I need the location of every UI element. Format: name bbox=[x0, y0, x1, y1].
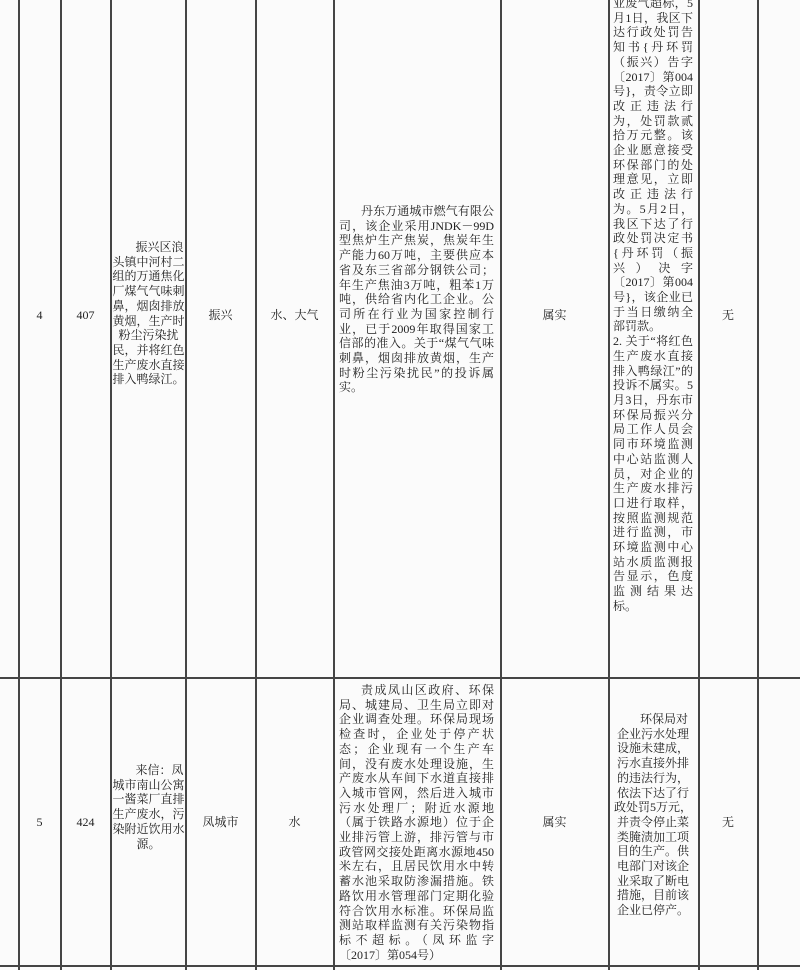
investigation-text: 丹东万通城市燃气有限公司，该企业采用JNDK－99D型焦炉生产焦炭，焦炭年生产能… bbox=[339, 204, 494, 395]
cell-case-no: 407 bbox=[62, 308, 110, 323]
grid-vline-6 bbox=[333, 0, 335, 970]
cell-verified: 属实 bbox=[502, 308, 608, 323]
grid-hline-bottom bbox=[0, 965, 800, 967]
cell-pollution-type: 水、大气 bbox=[257, 308, 333, 323]
cell-accountability: 无 bbox=[700, 815, 757, 830]
cell-pollution-type: 水 bbox=[257, 815, 333, 830]
cell-handling: 环保局对企业污水处理设施未建成，污水直接外排的违法行为，依法下达了行政处罚5万元… bbox=[613, 712, 693, 918]
complaint-text: 来信：凤城市南山公寓一酱菜厂直排生产废水，污染附近饮用水源。 bbox=[112, 763, 185, 851]
cell-accountability: 无 bbox=[700, 308, 757, 323]
handling-paragraph-1: 业废气超标，5月1日，我区下达行政处罚告知书{丹环罚（振兴）告字〔2017〕第0… bbox=[613, 0, 693, 334]
handling-paragraph-2: 2. 关于“将红色生产废水直接排入鸭绿江”的投诉不属实。5月3日，丹东市环保局振… bbox=[613, 334, 693, 613]
cell-complaint: 来信：凤城市南山公寓一酱菜厂直排生产废水，污染附近饮用水源。 bbox=[112, 763, 185, 851]
cell-case-no: 424 bbox=[62, 815, 110, 830]
cell-seq: 4 bbox=[20, 308, 60, 323]
cell-complaint: 振兴区浪头镇中河村二组的万通焦化厂煤气气味刺鼻，烟囱排放黄烟，生产时粉尘污染扰民… bbox=[112, 240, 185, 387]
complaint-text: 振兴区浪头镇中河村二组的万通焦化厂煤气气味刺鼻，烟囱排放黄烟，生产时粉尘污染扰民… bbox=[112, 240, 185, 387]
grid-vline-8 bbox=[608, 0, 610, 970]
investigation-text: 责成凤山区政府、环保局、城建局、卫生局立即对企业调查处理。环保局现场检查时，企业… bbox=[339, 683, 494, 962]
cell-seq: 5 bbox=[20, 815, 60, 830]
cell-handling: 业废气超标，5月1日，我区下达行政处罚告知书{丹环罚（振兴）告字〔2017〕第0… bbox=[613, 0, 693, 614]
cell-investigation: 丹东万通城市燃气有限公司，该企业采用JNDK－99D型焦炉生产焦炭，焦炭年生产能… bbox=[339, 204, 494, 395]
cell-region: 凤城市 bbox=[187, 815, 255, 830]
handling-paragraph-1: 环保局对企业污水处理设施未建成，污水直接外排的违法行为，依法下达了行政处罚5万元… bbox=[613, 712, 693, 918]
cell-region: 振兴 bbox=[187, 308, 255, 323]
grid-hline-row-divider bbox=[0, 677, 800, 679]
grid-vline-10 bbox=[757, 0, 759, 970]
cell-verified: 属实 bbox=[502, 815, 608, 830]
cell-investigation: 责成凤山区政府、环保局、城建局、卫生局立即对企业调查处理。环保局现场检查时，企业… bbox=[339, 683, 494, 962]
document-page: 4 407 振兴区浪头镇中河村二组的万通焦化厂煤气气味刺鼻，烟囱排放黄烟，生产时… bbox=[0, 0, 800, 970]
